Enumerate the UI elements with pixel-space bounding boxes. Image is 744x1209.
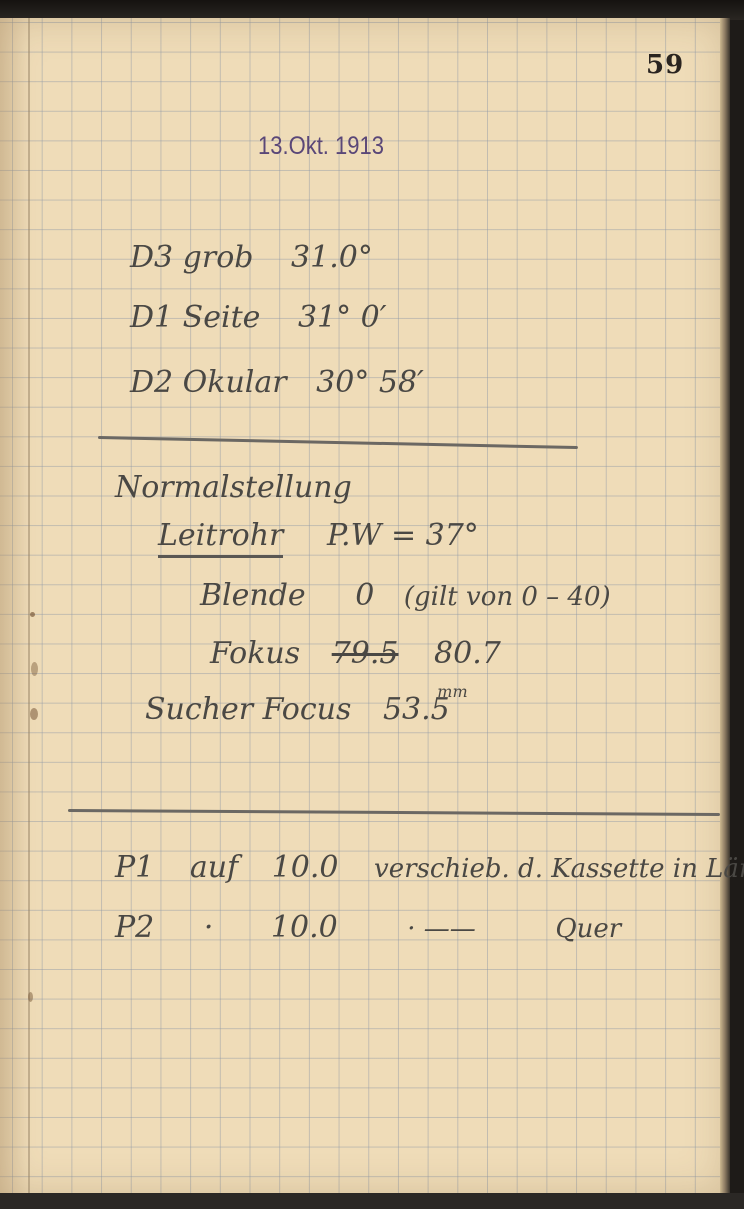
pw-value: P.W = 37° xyxy=(327,518,479,553)
ink-blot xyxy=(30,612,35,617)
setting-note: verschieb. d. Kassette in Länge xyxy=(374,854,744,884)
reading-line: D1 Seite 31° 0′ xyxy=(130,300,387,335)
subheading-label: Leitrohr xyxy=(158,518,283,558)
reading-label: D3 grob xyxy=(130,240,254,275)
setting-line: P1 auf 10.0 verschieb. d. Kassette in Lä… xyxy=(115,850,744,885)
ink-blot xyxy=(30,708,38,720)
setting-mid: auf xyxy=(190,850,238,885)
page-edge xyxy=(720,18,730,1195)
setting-line: P2 · 10.0 · —— Quer xyxy=(115,910,621,945)
fokus-label: Fokus xyxy=(210,636,300,671)
scan-bottom-border xyxy=(0,1193,744,1209)
fokus-struck-value: 79.5 xyxy=(332,636,399,671)
gutter-fold-line xyxy=(28,18,30,1195)
blende-value: 0 xyxy=(355,578,374,613)
fokus-line: Fokus 79.5 80.7 xyxy=(210,636,501,671)
blende-line: Blende 0 (gilt von 0 – 40) xyxy=(200,578,611,613)
reading-label: D2 Okular xyxy=(130,365,287,400)
sucher-unit: mm xyxy=(437,682,467,701)
setting-mid: · xyxy=(204,910,214,945)
blende-note: (gilt von 0 – 40) xyxy=(404,582,611,612)
reading-value: 30° 58′ xyxy=(316,365,424,400)
setting-value: 10.0 xyxy=(272,850,339,885)
scan-top-border xyxy=(0,0,744,20)
ink-blot xyxy=(31,662,38,676)
reading-line: D2 Okular 30° 58′ xyxy=(130,365,424,400)
reading-value: 31.0° xyxy=(291,240,373,275)
reading-value: 31° 0′ xyxy=(298,300,387,335)
setting-value: 10.0 xyxy=(271,910,338,945)
setting-end: Quer xyxy=(555,914,621,944)
setting-label: P1 xyxy=(115,850,154,885)
blende-label: Blende xyxy=(200,578,306,613)
sucher-label: Sucher Focus xyxy=(145,692,351,727)
page-gutter xyxy=(0,18,30,1195)
sucher-line: Sucher Focus 53.5 mm xyxy=(145,692,490,727)
reading-line: D3 grob 31.0° xyxy=(130,240,373,275)
subheading: Leitrohr P.W = 37° xyxy=(158,518,479,553)
section-heading: Normalstellung xyxy=(115,470,352,505)
setting-label: P2 xyxy=(115,910,154,945)
setting-note: · —— xyxy=(407,914,476,944)
page-number: 59 xyxy=(646,50,684,80)
fokus-value: 80.7 xyxy=(434,636,501,671)
reading-label: D1 Seite xyxy=(130,300,260,335)
date-stamp: 13.Okt. 1913 xyxy=(258,132,384,161)
ink-blot xyxy=(28,992,33,1002)
